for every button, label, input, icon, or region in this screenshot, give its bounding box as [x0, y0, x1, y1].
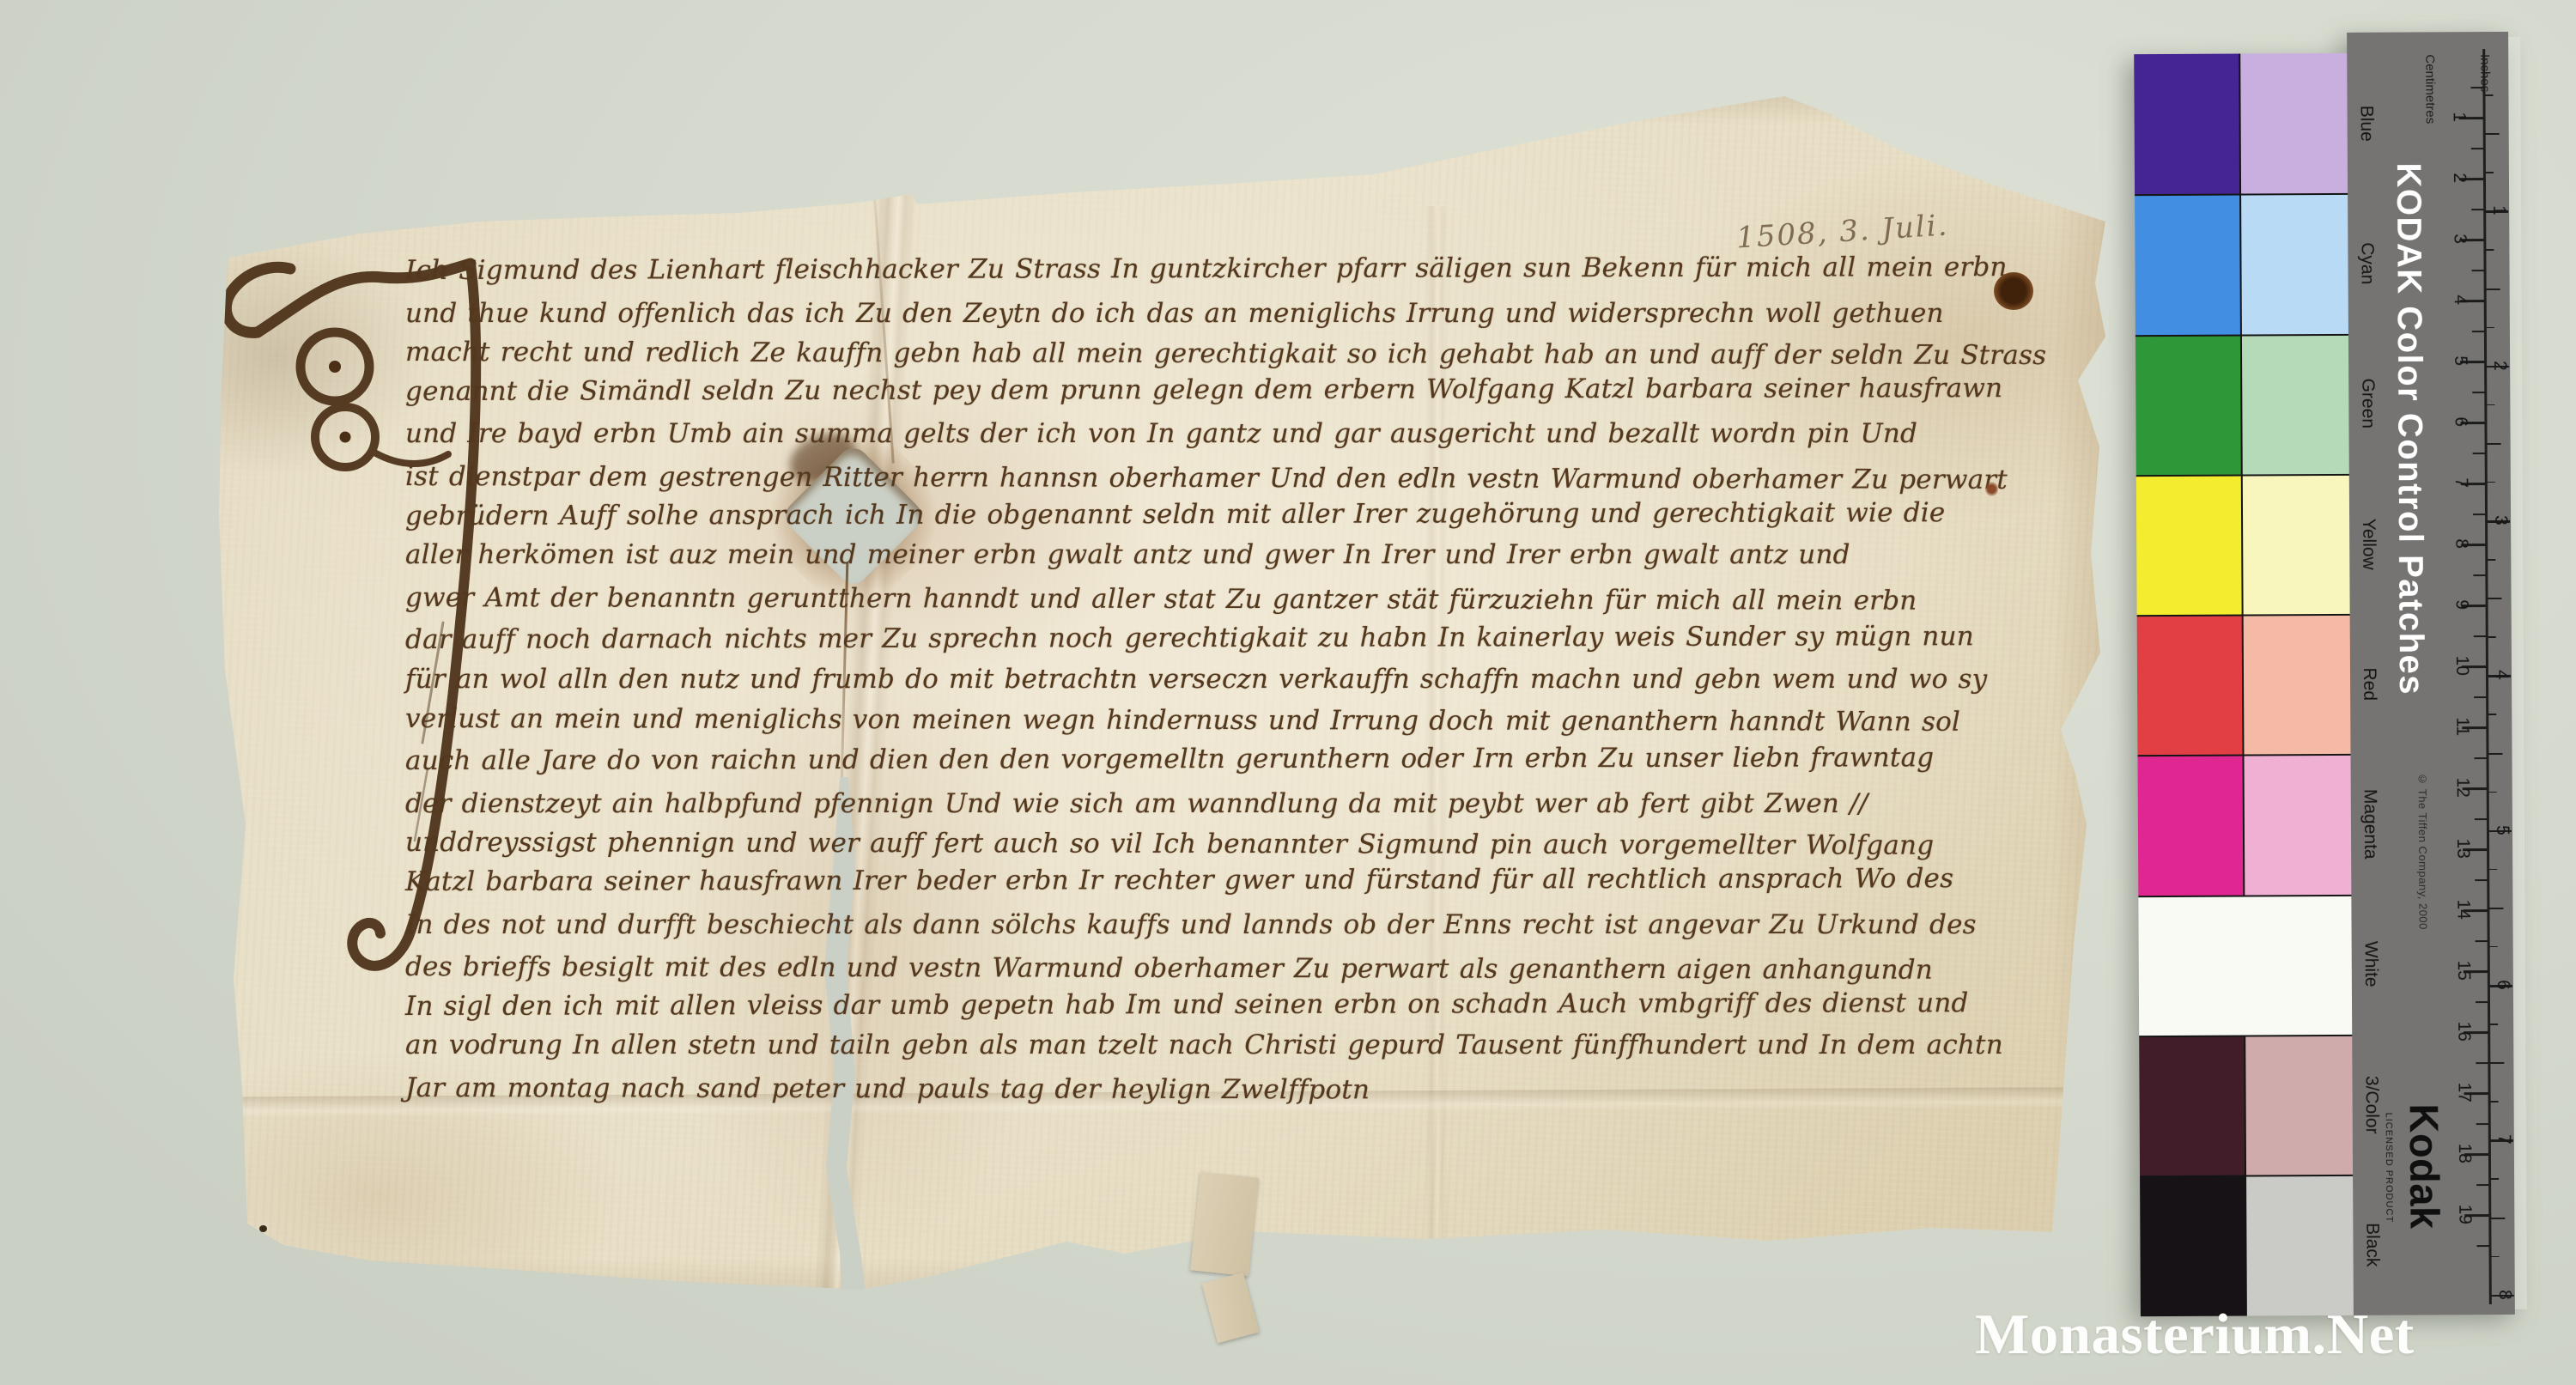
- ruler-tick-inch: [2488, 752, 2502, 754]
- patch-name-label: Red: [2359, 667, 2379, 701]
- charter-text-line: Ich Sigmund des Lienhart fleischhacker Z…: [405, 252, 2071, 286]
- charter-text-line: für an wol alln den nutz und frumb do mi…: [405, 664, 2071, 695]
- ruler-number-cm: 18: [2454, 1143, 2475, 1163]
- ruler-number-cm: 17: [2453, 1082, 2474, 1102]
- charter-text-line: gwer Amt der benanntn geruntthern hanndt…: [405, 582, 2071, 617]
- ruler-tick-inch: [2491, 1178, 2499, 1180]
- patch-swatch-dark: [2138, 895, 2244, 1036]
- ruler-number-cm: 12: [2452, 777, 2473, 797]
- color-calibration-chart: Centimetres Inches KODAK Color Control P…: [2134, 32, 2527, 1316]
- wax-spot: [1994, 272, 2033, 310]
- charter-text-line: und thue kund offenlich das ich Zu den Z…: [405, 298, 2071, 329]
- ruler-number-cm: 10: [2451, 655, 2472, 675]
- charter-text-line: auch alle Jare do von raichn und dien de…: [405, 742, 2071, 776]
- charter-text-line: des brieffs besiglt mit des edln und ves…: [405, 951, 2071, 986]
- ruler-tick-inch: [2487, 404, 2494, 406]
- ruler-tick-cm: [2473, 453, 2485, 454]
- charter-text-line: macht recht und redlich Ze kauffn gebn h…: [405, 337, 2071, 371]
- repair-tape: [1190, 1172, 1259, 1276]
- ruler-tick-inch: [2487, 482, 2494, 483]
- patch-swatch-light: [2240, 333, 2349, 474]
- patch-name-label: Green: [2357, 379, 2378, 428]
- ruler-number-inch: 1: [2488, 205, 2509, 216]
- ruler-tick-cm: [2476, 1001, 2488, 1003]
- patch-name-label: Blue: [2356, 105, 2377, 141]
- ruler-number-cm: 16: [2453, 1021, 2474, 1041]
- ruler-tick-inch: [2490, 1101, 2498, 1103]
- ruler-tick-inch: [2490, 1024, 2498, 1025]
- ruler-number-inch: 2: [2489, 361, 2510, 371]
- charter-text-line: Jar am montag nach sand peter und pauls …: [405, 1072, 2071, 1107]
- patch-swatch-light: [2241, 474, 2350, 615]
- patch-swatch-dark: [2136, 474, 2242, 615]
- ruler-tick-cm: [2472, 331, 2484, 332]
- ruler-tick-inch: [2485, 94, 2493, 96]
- ruler-tick-inch: [2489, 908, 2503, 909]
- patch-swatch-light: [2242, 614, 2351, 755]
- tiny-speck-bottom: [259, 1225, 267, 1232]
- patch-name-label: Magenta: [2360, 789, 2380, 860]
- patch-column-light: [2239, 53, 2354, 1316]
- ruler-tick-inch: [2488, 559, 2495, 561]
- charter-text-line: gebrüdern Auff solhe ansprach ich In die…: [405, 497, 2071, 532]
- charter-text-line: und Ire bayd erbn Umb ain summa gelts de…: [405, 418, 2071, 449]
- charter-text-line: Katzl barbara seiner hausfrawn Irer bede…: [405, 863, 2071, 897]
- ruler-tick-cm: [2473, 574, 2485, 576]
- ruler-number-cm: 11: [2451, 717, 2472, 736]
- ruler-tick-cm: [2471, 148, 2483, 149]
- charter-text-line: verlust an mein und meniglichs von meine…: [405, 703, 2071, 738]
- ruler-number-inch: 6: [2493, 980, 2513, 990]
- ruler-tick-inch: [2489, 946, 2497, 948]
- ruler-number-cm: 2: [2449, 173, 2470, 183]
- patch-name-label: Yellow: [2358, 518, 2379, 569]
- ruler-tick-inch: [2485, 133, 2499, 135]
- charter-text-line: aller herkömen ist auz mein und meiner e…: [405, 539, 2071, 570]
- charter-text-line: In des not und durfft beschiecht als dan…: [405, 909, 2071, 940]
- repair-tape-fragment: [1202, 1273, 1260, 1343]
- ruler-tick-cm: [2474, 696, 2486, 698]
- charter-text-line: unddreyssigst phennign und wer auff fert…: [405, 827, 2071, 861]
- patch-name-label: Cyan: [2356, 242, 2377, 284]
- tiny-speck-top: [1941, 140, 1950, 149]
- patch-swatch-dark: [2136, 334, 2241, 475]
- patch-swatch-light: [2243, 895, 2352, 1036]
- ruler-tick-inch: [2485, 172, 2493, 173]
- ruler-number-cm: 7: [2451, 477, 2471, 488]
- patch-swatch-dark: [2135, 194, 2240, 335]
- photo-stage: 1508, 3. Juli. Ich Sigmund des Lienhart …: [0, 0, 2576, 1385]
- ruler-tick-inch: [2488, 792, 2496, 793]
- patch-swatch-light: [2239, 53, 2348, 194]
- ruler-number-inch: 3: [2490, 515, 2511, 525]
- ruler-number-inch: 4: [2491, 670, 2512, 680]
- ruler-number-cm: 3: [2449, 234, 2470, 244]
- charter-text-line: dar auff noch darnach nichts mer Zu spre…: [405, 621, 2071, 655]
- ruler-number-inch: 5: [2492, 825, 2512, 835]
- ruler-tick-cm: [2476, 1062, 2488, 1064]
- ruler-tick-inch: [2491, 1256, 2499, 1258]
- ruler-tick-cm: [2476, 1184, 2488, 1186]
- patch-swatch-light: [2239, 193, 2348, 334]
- ruler-number-cm: 6: [2450, 416, 2470, 427]
- ruler-tick-cm: [2471, 209, 2483, 210]
- ruler-number-inch: 7: [2494, 1134, 2514, 1145]
- watermark: Monasterium.Net: [1975, 1302, 2415, 1368]
- ruler-number-cm: 5: [2450, 355, 2470, 366]
- ruler-tick-cm: [2473, 513, 2485, 515]
- patch-swatch-light: [2244, 1035, 2353, 1175]
- ruler-tick-inch: [2486, 327, 2494, 329]
- patch-name-label: White: [2360, 941, 2381, 987]
- patch-name-label: 3/Color: [2360, 1076, 2381, 1134]
- ruler-tick-cm: [2475, 818, 2487, 820]
- ruler-tick-cm: [2474, 635, 2486, 637]
- ruler-number-cm: 1: [2449, 112, 2470, 122]
- ruler-number-cm: 8: [2451, 538, 2471, 549]
- charter-text-line: genannt die Simändl seldn Zu nechst pey …: [405, 373, 2071, 407]
- patch-swatch-light: [2245, 1175, 2354, 1315]
- patch-column-dark: [2134, 54, 2245, 1317]
- ruler-tick-inch: [2487, 443, 2500, 445]
- ruler-tick-cm: [2475, 879, 2487, 881]
- patch-name-label: Black: [2361, 1223, 2382, 1267]
- charter-text-line: an vodrung In allen stetn und tailn gebn…: [405, 1030, 2071, 1060]
- ruler-tick-inch: [2489, 869, 2497, 871]
- patch-swatch-dark: [2140, 1175, 2245, 1316]
- charter-text-line: ist dienstpar dem gestrengen Ritter herr…: [405, 461, 2071, 495]
- charter-text-line: In sigl den ich mit allen vleiss dar umb…: [405, 987, 2071, 1022]
- patch-swatch-dark: [2137, 615, 2243, 756]
- ruler-tick-cm: [2476, 940, 2488, 942]
- patch-swatch-dark: [2137, 755, 2243, 896]
- charter-text: Ich Sigmund des Lienhart fleischhacker Z…: [120, 82, 2121, 1309]
- ruler-number-cm: 14: [2452, 899, 2473, 919]
- ruler-number-cm: 15: [2453, 960, 2474, 980]
- ruler-tick-inch: [2488, 714, 2496, 715]
- ruler-number-cm: 9: [2451, 599, 2472, 610]
- ruler-tick-cm: [2470, 87, 2482, 88]
- ruler-tick-inch: [2486, 288, 2500, 289]
- ruler-tick-inch: [2491, 1217, 2505, 1218]
- parchment-charter: 1508, 3. Juli. Ich Sigmund des Lienhart …: [120, 82, 2121, 1309]
- patch-swatch-dark: [2139, 1036, 2245, 1176]
- ruler-tick-cm: [2475, 757, 2487, 759]
- ruler-number-cm: 19: [2454, 1204, 2475, 1224]
- small-spot: [1985, 482, 1998, 496]
- ruler-number-inch: 8: [2494, 1290, 2515, 1300]
- ruler-number-cm: 13: [2452, 838, 2473, 858]
- patch-swatch-dark: [2134, 54, 2239, 195]
- ruler-tick-cm: [2476, 1123, 2488, 1125]
- ruler-number-cm: 4: [2450, 295, 2470, 305]
- ruler-tick-cm: [2472, 392, 2484, 393]
- ruler-tick-cm: [2472, 270, 2484, 271]
- charter-text-line: der dienstzeyt ain halbpfund pfennign Un…: [405, 788, 2071, 819]
- ruler-tick-inch: [2490, 1062, 2504, 1064]
- ruler-tick-cm: [2476, 1245, 2488, 1247]
- ruler-tick-inch: [2488, 636, 2495, 638]
- ruler-strip: Centimetres Inches KODAK Color Control P…: [2347, 32, 2515, 1315]
- ruler-tick-inch: [2486, 249, 2494, 251]
- patch-swatch-light: [2242, 754, 2351, 895]
- ruler-tick-inch: [2488, 598, 2501, 599]
